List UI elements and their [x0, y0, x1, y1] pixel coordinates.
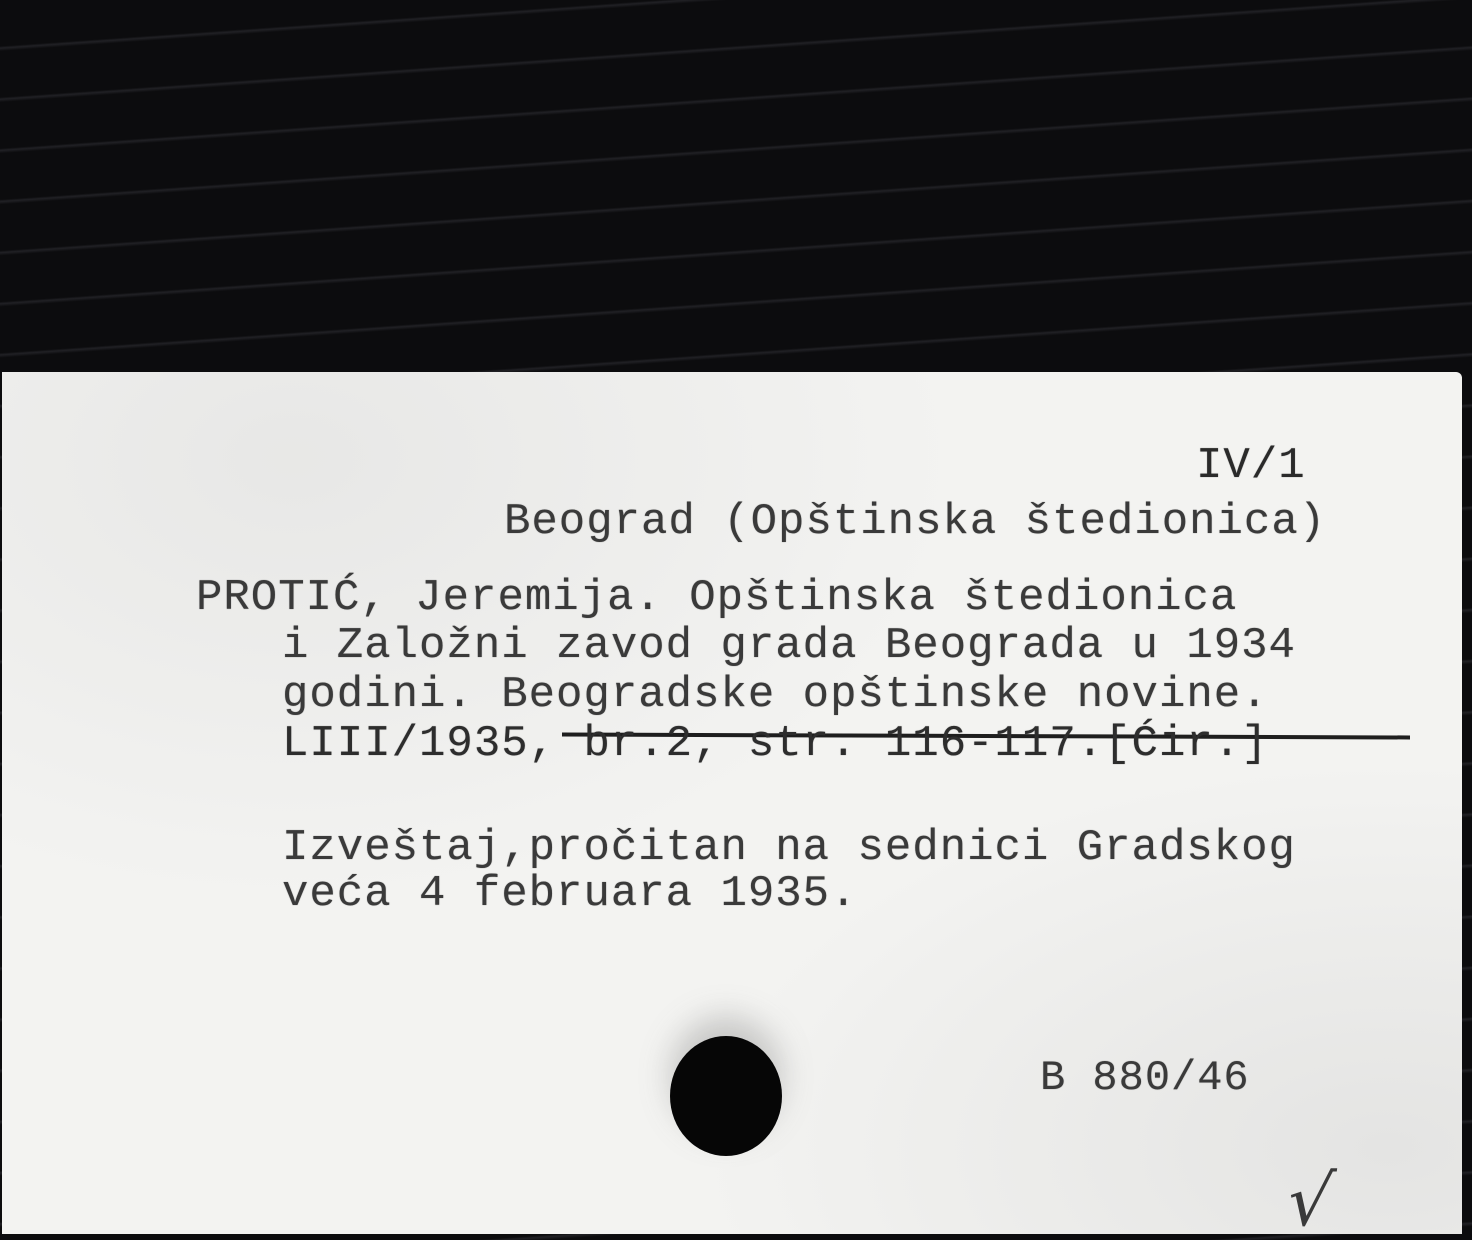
punch-hole — [670, 1036, 782, 1156]
note-line: Izveštaj,pročitan na sednici Gradskog — [282, 826, 1296, 870]
citation-line: LIII/1935, br.2, str. 116-117.[Ćir.] — [282, 722, 1269, 766]
subject-heading: Beograd (Opštinska štedionica) — [504, 500, 1326, 544]
class-mark: IV/1 — [1196, 444, 1306, 488]
citation-line: i Založni zavod grada Beograda u 1934 — [282, 624, 1296, 668]
call-number: B 880/46 — [1040, 1056, 1250, 1100]
note-line: veća 4 februara 1935. — [282, 872, 858, 916]
citation-line: PROTIĆ, Jeremija. Opštinska štedionica — [196, 576, 1237, 620]
scan-background: IV/1 Beograd (Opštinska štedionica) PROT… — [0, 0, 1472, 1240]
citation-line: godini. Beogradske opštinske novine. — [282, 673, 1269, 717]
